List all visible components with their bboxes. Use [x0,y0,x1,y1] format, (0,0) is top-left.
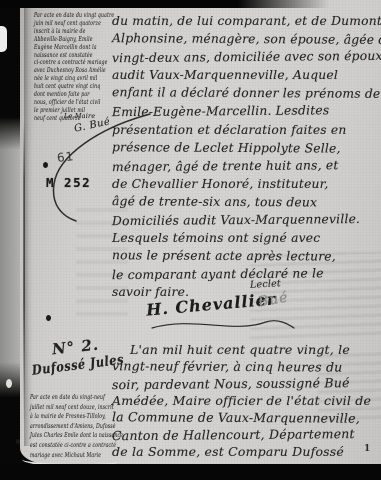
text-line: Jules Charles Emile dont la naissance [30,431,123,441]
text-line: Lesquels témoins ont signé avec [112,229,381,247]
backdrop-bottom-strip [0,464,381,480]
text-line: Canton de Hallencourt, Département [112,425,381,444]
signature-flourish [148,314,298,338]
text-line: est constatée ci-contre a contracté [30,441,123,451]
binding-crease-line [23,120,25,425]
text-line: vingt-neuf février, à cinq heures du [112,357,381,376]
text-line: du matin, de lui comparant, et de Dumont [112,12,381,30]
pencil-folio-number: 61 [56,149,75,165]
text-line: présentation et déclaration faites en [112,121,381,139]
text-line: de Chevallier Honoré, instituteur, [112,175,381,193]
text-line: la Commune de Vaux-Marquenneville, [112,408,381,427]
text-line: présence de Leclet Hippolyte Selle, [112,138,381,158]
binding-hole [43,162,48,168]
spine-label-notch [0,26,7,52]
text-line: Par acte en date du vingt-neuf [30,393,123,403]
text-line: vingt-deux ans, domiciliée avec son épou… [112,47,381,67]
text-line: audit Vaux-Marquenneville, Auquel [112,66,381,84]
text-line: le comparant ayant déclaré ne le [112,264,381,284]
binding-crease-shadow [24,6,33,446]
text-line: Amédée, Maire officier de l'état civil d… [112,392,381,409]
text-line: Alphonsine, ménagère, son épouse, âgée d… [112,29,381,49]
binding-hole [46,315,51,321]
text-line: juillet mil neuf cent douze, inscrit [30,403,123,413]
spine-reflection-dot [6,379,12,388]
corner-page-mark: 1 [364,444,370,454]
text-line: ménager, âgé de trente huit ans, et [112,156,381,176]
binding-hole [16,439,20,444]
margin-signoff: Le Maire [64,112,95,120]
text-line: de la Somme, est Comparu Dufossé [112,443,381,460]
act-text-top: du matin, de lui comparant, et de Dumont… [112,12,381,302]
margin-note-marriage-top: Par acte en date du vingt quatrejuin mil… [34,12,114,123]
text-line: à la mairie de Fresnes-Tilloloy, [30,412,123,422]
text-line: âgé de trente-six ans, tous deux [112,192,381,212]
text-line: Emile-Eugène-Marcellin. Lesdites [112,101,381,121]
registry-scan: Par acte en date du vingt quatrejuin mil… [0,0,381,480]
registry-page: Par acte en date du vingt quatrejuin mil… [20,0,381,464]
margin-note-marriage-bottom: Par acte en date du vingt-neufjuillet mi… [30,393,123,460]
archive-stamp: M 252 [46,175,91,190]
backdrop-left-top [0,0,21,150]
text-line: Domiciliés audit Vaux-Marquenneville. [112,210,381,230]
text-line: L'an mil huit cent quatre vingt, le [112,341,381,358]
act-text-bottom: L'an mil huit cent quatre vingt, levingt… [112,341,381,460]
text-line: nous le présent acte après lecture, [112,246,381,266]
backdrop-top-strip [0,0,330,8]
text-line: arrondissement d'Amiens, Dufossé [30,422,123,432]
signature-leclet: Leclet [250,278,281,291]
text-line: soir, pardevant Nous, soussigné Bué [112,374,381,393]
